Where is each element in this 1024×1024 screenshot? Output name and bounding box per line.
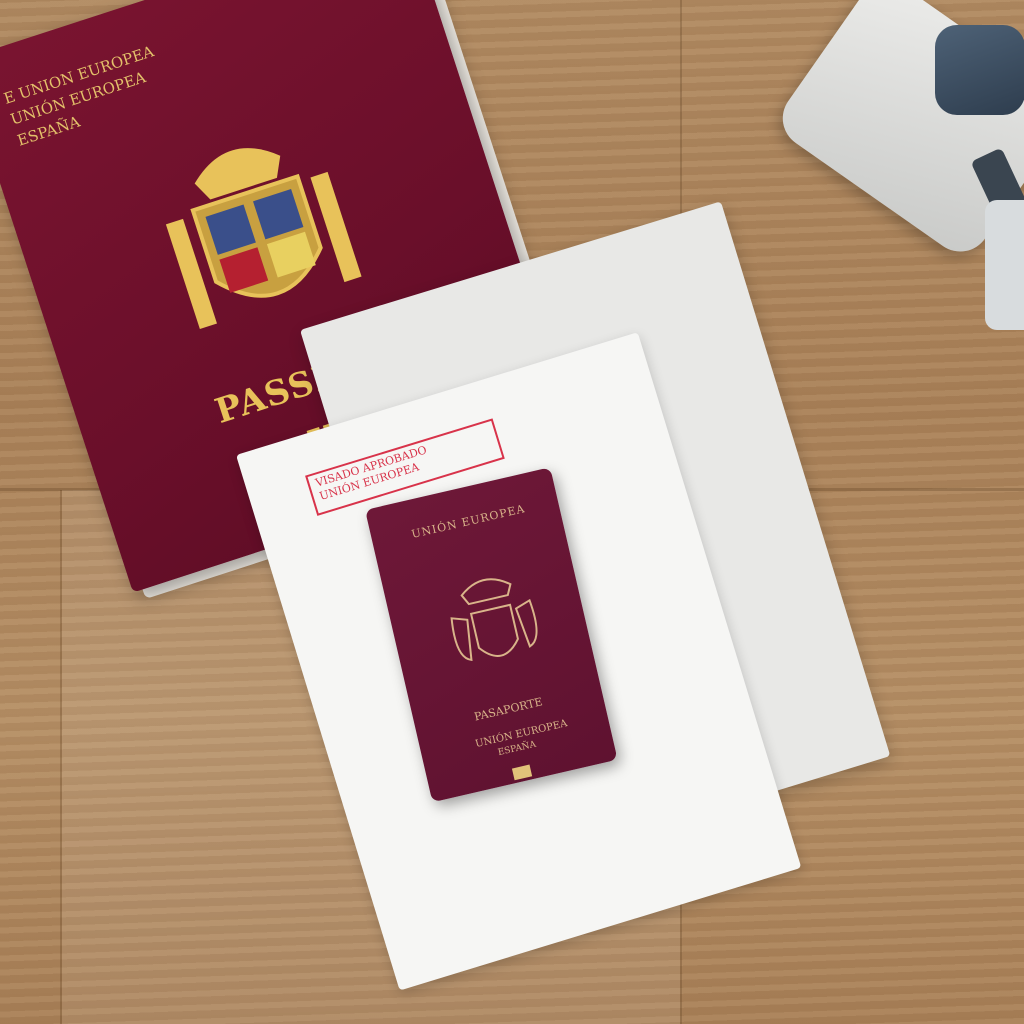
small-passport-header: UNIÓN EUROPEA [410, 502, 526, 541]
small-passport-title: PASAPORTE [473, 695, 544, 723]
device-button [935, 25, 1024, 115]
device-base [985, 200, 1024, 330]
biometric-chip-icon [512, 765, 532, 781]
coat-of-arms-icon [438, 560, 548, 678]
